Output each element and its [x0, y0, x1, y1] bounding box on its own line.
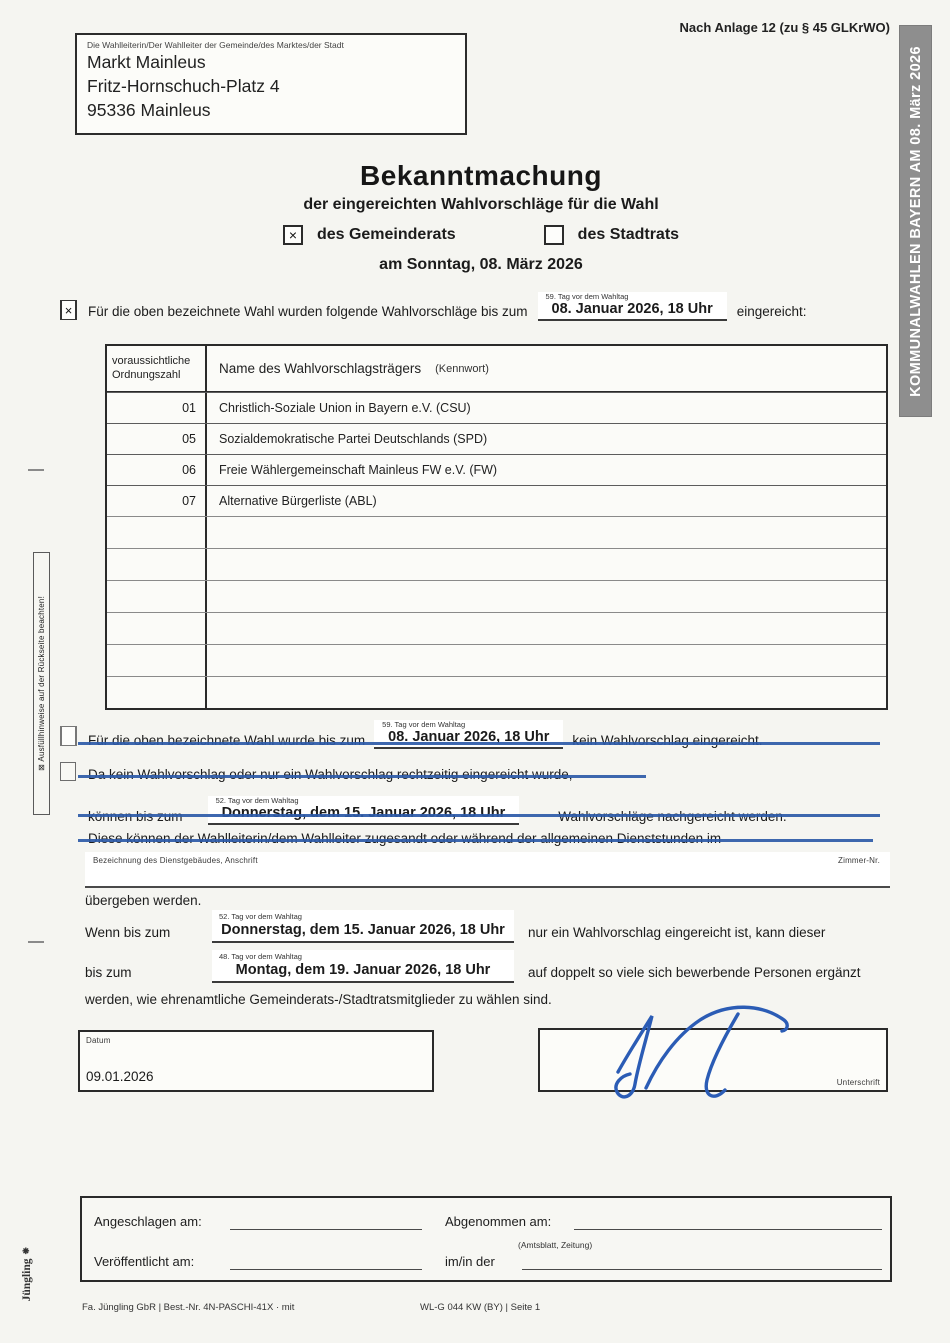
deadline-value: Donnerstag, dem 15. Januar 2026, 18 Uhr: [222, 805, 506, 821]
ordinal-cell-empty: [107, 645, 207, 676]
table-row: 05 Sozialdemokratische Partei Deutschlan…: [107, 423, 886, 454]
ordinal-cell: 06: [107, 455, 207, 485]
struck-deadline-field: 52. Tag vor dem Wahltag Donnerstag, dem …: [208, 796, 520, 825]
table-empty-row: [107, 516, 886, 548]
party-name-cell-empty: [207, 549, 886, 580]
supplement-prefix: Wenn bis zum: [85, 925, 212, 943]
table-row: 06 Freie Wählergemeinschaft Mainleus FW …: [107, 454, 886, 485]
ordinal-cell: 01: [107, 393, 207, 423]
table-empty-row: [107, 548, 886, 580]
gemeinderat-checkbox[interactable]: ×: [283, 225, 303, 245]
date-label: Datum: [86, 1036, 111, 1045]
party-name-cell: Freie Wählergemeinschaft Mainleus FW e.V…: [207, 455, 886, 485]
party-name-cell-empty: [207, 645, 886, 676]
deadline-footnote: 52. Tag vor dem Wahltag: [216, 796, 299, 805]
publisher-mark-text: Jüngling ⁕: [20, 1246, 34, 1301]
deadline-value: Donnerstag, dem 15. Januar 2026, 18 Uhr: [221, 922, 505, 938]
sender-municipality: Markt Mainleus: [87, 51, 455, 74]
proposals-table: voraussichtliche Ordnungszahl Name des W…: [105, 344, 888, 710]
published-label: Veröffentlicht am:: [94, 1254, 194, 1269]
supplement-row-1: Wenn bis zum 52. Tag vor dem Wahltag Don…: [85, 910, 895, 943]
party-name-cell: Alternative Bürgerliste (ABL): [207, 486, 886, 516]
ordinal-cell-empty: [107, 549, 207, 580]
supplement-prefix: bis zum: [85, 965, 212, 983]
party-name-cell-empty: [207, 581, 886, 612]
margin-checkbox-glyph: ⊠: [37, 764, 46, 771]
council-options-row: × des Gemeinderats des Stadtrats: [75, 225, 887, 245]
ordinal-cell-empty: [107, 613, 207, 644]
strikethrough-line: [78, 775, 646, 778]
table-row: 07 Alternative Bürgerliste (ABL): [107, 485, 886, 516]
supplement-row-2: bis zum 48. Tag vor dem Wahltag Montag, …: [85, 950, 895, 983]
submission-deadline-field[interactable]: 59. Tag vor dem Wahltag 08. Januar 2026,…: [538, 292, 727, 321]
fold-mark: [28, 469, 44, 471]
table-header-row: voraussichtliche Ordnungszahl Name des W…: [107, 346, 886, 392]
table-empty-row: [107, 644, 886, 676]
name-header-text: Name des Wahlvorschlagsträgers: [219, 361, 421, 376]
struck-row-no-proposal: Für die oben bezeichnete Wahl wurde bis …: [88, 720, 890, 749]
date-value: 09.01.2026: [86, 1069, 154, 1084]
stadtrat-label: des Stadtrats: [578, 226, 679, 244]
struck-text: Wahlvorschläge nachgereicht werden.: [558, 809, 786, 825]
handwritten-signature: [588, 1004, 828, 1114]
party-name-cell: Christlich-Soziale Union in Bayern e.V. …: [207, 393, 886, 423]
date-box: Datum 09.01.2026: [78, 1030, 434, 1092]
publisher-mark: Jüngling ⁕: [20, 1238, 34, 1310]
footer-order-info: Fa. Jüngling GbR | Best.-Nr. 4N-PASCHI-4…: [82, 1302, 294, 1313]
election-date-line: am Sonntag, 08. März 2026: [75, 256, 887, 274]
margin-note-text: Ausfüllhinweise auf der Rückseite beacht…: [37, 596, 46, 762]
posted-label: Angeschlagen am:: [94, 1214, 202, 1229]
deadline-footnote: 52. Tag vor dem Wahltag: [219, 912, 302, 921]
published-date-field[interactable]: [230, 1256, 422, 1270]
room-number-label: Zimmer-Nr.: [838, 856, 880, 865]
party-name-cell: Sozialdemokratische Partei Deutschlands …: [207, 424, 886, 454]
fold-mark: [28, 941, 44, 943]
supplement-suffix: nur ein Wahlvorschlag eingereicht ist, k…: [528, 925, 825, 943]
intro-checkbox[interactable]: ×: [60, 300, 77, 320]
sender-city: 95336 Mainleus: [87, 99, 455, 122]
scanned-form-page: Die Wahlleiterin/Der Wahlleiter der Geme…: [0, 0, 950, 1343]
title-block: Bekanntmachung der eingereichten Wahlvor…: [75, 160, 887, 274]
supplement-deadline-field[interactable]: 52. Tag vor dem Wahltag Donnerstag, dem …: [212, 910, 514, 943]
sender-address-box: Die Wahlleiterin/Der Wahlleiter der Geme…: [75, 33, 467, 135]
supplement-deadline-field[interactable]: 48. Tag vor dem Wahltag Montag, dem 19. …: [212, 950, 514, 983]
medium-note: (Amtsblatt, Zeitung): [518, 1240, 592, 1250]
ordinal-header-line1: voraussichtliche: [112, 355, 205, 368]
struck-text: können bis zum: [88, 809, 183, 825]
table-empty-row: [107, 676, 886, 708]
stadtrat-checkbox[interactable]: [544, 225, 564, 245]
ordinal-cell-empty: [107, 677, 207, 708]
page-title: Bekanntmachung: [75, 160, 887, 192]
page-subtitle: der eingereichten Wahlvorschläge für die…: [75, 196, 887, 214]
form-reference: Nach Anlage 12 (zu § 45 GLKrWO): [610, 20, 890, 35]
supplement-suffix: auf doppelt so viele sich bewerbende Per…: [528, 965, 860, 983]
removed-date-field[interactable]: [574, 1216, 882, 1230]
posted-date-field[interactable]: [230, 1216, 422, 1230]
party-name-cell-empty: [207, 677, 886, 708]
ordinal-header-line2: Ordnungszahl: [112, 369, 205, 382]
deadline-footnote: 48. Tag vor dem Wahltag: [219, 952, 302, 961]
party-name-cell-empty: [207, 613, 886, 644]
ordinal-cell: 05: [107, 424, 207, 454]
sender-role-line: Die Wahlleiterin/Der Wahlleiter der Geme…: [87, 40, 455, 50]
office-building-field[interactable]: Bezeichnung des Dienstgebäudes, Anschrif…: [85, 852, 890, 888]
name-header-cell: Name des Wahlvorschlagsträgers (Kennwort…: [207, 346, 886, 391]
side-banner: KOMMUNALWAHLEN BAYERN AM 08. März 2026: [899, 25, 932, 417]
strikethrough-line: [78, 814, 880, 817]
ordinal-cell-empty: [107, 517, 207, 548]
ordinal-cell: 07: [107, 486, 207, 516]
intro-text-after: eingereicht:: [737, 304, 807, 321]
party-name-cell-empty: [207, 517, 886, 548]
removed-label: Abgenommen am:: [445, 1214, 551, 1229]
struck-row-late-submission: können bis zum 52. Tag vor dem Wahltag D…: [88, 796, 890, 825]
footer-form-number: WL-G 044 KW (BY) | Seite 1: [420, 1302, 540, 1313]
no-or-one-proposal-checkbox[interactable]: [60, 762, 76, 781]
medium-label: im/in der: [445, 1254, 495, 1269]
office-building-label: Bezeichnung des Dienstgebäudes, Anschrif…: [93, 856, 258, 865]
struck-deadline-field: 59. Tag vor dem Wahltag 08. Januar 2026,…: [374, 720, 563, 749]
table-empty-row: [107, 612, 886, 644]
gemeinderat-label: des Gemeinderats: [317, 226, 456, 244]
handover-text: übergeben werden.: [85, 893, 201, 908]
deadline-value: 08. Januar 2026, 18 Uhr: [552, 301, 713, 317]
struck-text: kein Wahlvorschlag eingereicht.: [572, 733, 762, 749]
signature-label: Unterschrift: [837, 1078, 880, 1087]
ordinal-header-cell: voraussichtliche Ordnungszahl: [107, 346, 207, 391]
intro-text-before: Für die oben bezeichnete Wahl wurden fol…: [88, 304, 528, 321]
medium-field[interactable]: [522, 1256, 882, 1270]
name-header-note: (Kennwort): [435, 363, 489, 375]
struck-text: Für die oben bezeichnete Wahl wurde bis …: [88, 733, 365, 749]
no-proposal-checkbox[interactable]: [60, 726, 77, 746]
supplement-closing-text: werden, wie ehrenamtliche Gemeinderats-/…: [85, 992, 552, 1007]
side-banner-text: KOMMUNALWAHLEN BAYERN AM 08. März 2026: [908, 46, 924, 397]
table-empty-row: [107, 580, 886, 612]
ordinal-cell-empty: [107, 581, 207, 612]
margin-instruction-text: ⊠ Ausfüllhinweise auf der Rückseite beac…: [37, 596, 46, 771]
deadline-value: Montag, dem 19. Januar 2026, 18 Uhr: [236, 962, 491, 978]
strikethrough-line: [78, 839, 873, 842]
sender-street: Fritz-Hornschuch-Platz 4: [87, 75, 455, 98]
intro-row: Für die oben bezeichnete Wahl wurden fol…: [88, 292, 898, 321]
strikethrough-line: [78, 742, 880, 745]
deadline-footnote: 59. Tag vor dem Wahltag: [382, 720, 465, 729]
margin-instruction: ⊠ Ausfüllhinweise auf der Rückseite beac…: [33, 552, 50, 815]
signature-box: Unterschrift: [538, 1028, 888, 1092]
deadline-footnote: 59. Tag vor dem Wahltag: [546, 292, 629, 301]
publication-box: Angeschlagen am: Abgenommen am: (Amtsbla…: [80, 1196, 892, 1282]
table-row: 01 Christlich-Soziale Union in Bayern e.…: [107, 392, 886, 423]
